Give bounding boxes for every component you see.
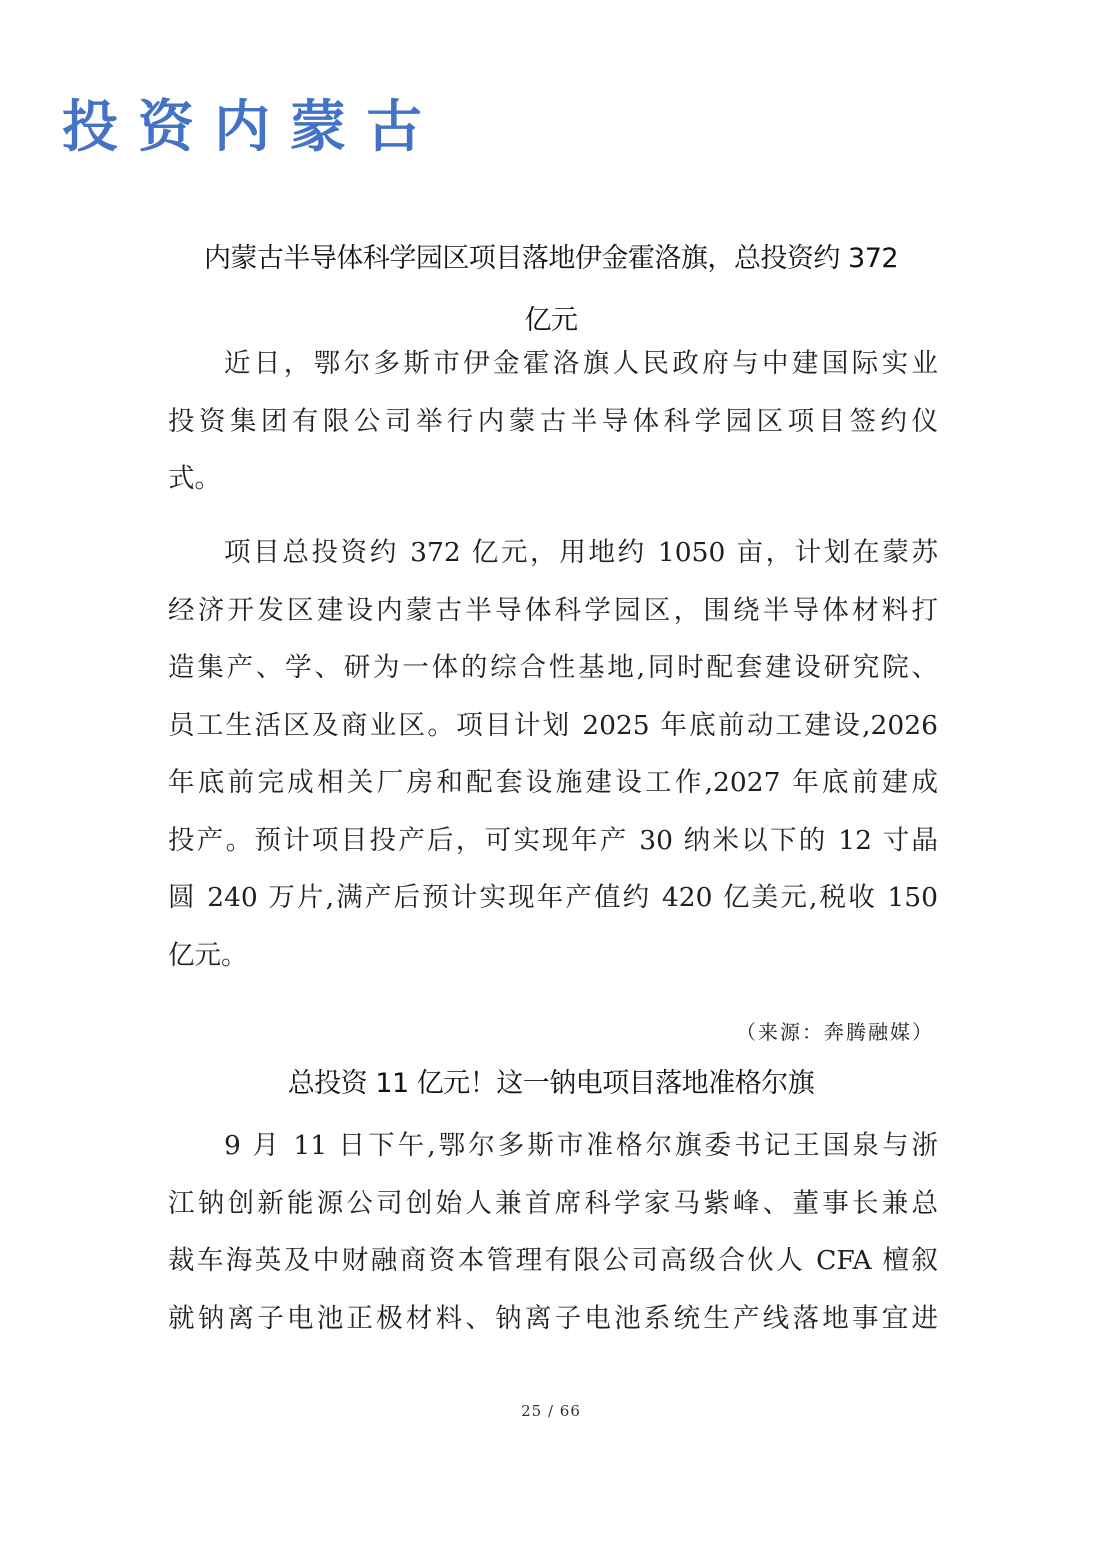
article-2-title-line: 总投资 11 亿元！这一钠电项目落地准格尔旗 <box>168 1060 934 1108</box>
paragraph-line: 经济开发区建设内蒙古半导体科学园区，围绕半导体材料打 <box>168 582 938 640</box>
paragraph-line: 就钠离子电池正极材料、钠离子电池系统生产线落地事宜进 <box>168 1290 938 1348</box>
page-number: 25 / 66 <box>0 1402 1102 1420</box>
article-1-paragraph-2: 项目总投资约 372 亿元，用地约 1050 亩，计划在蒙苏 经济开发区建设内蒙… <box>168 524 938 984</box>
article-1-paragraph-1: 近日，鄂尔多斯市伊金霍洛旗人民政府与中建国际实业 投资集团有限公司举行内蒙古半导… <box>168 335 938 508</box>
paragraph-line: 年底前完成相关厂房和配套设施建设工作,2027 年底前建成 <box>168 754 938 812</box>
article-1-source: （来源：奔腾融媒） <box>736 1014 934 1050</box>
paragraph-line: 项目总投资约 372 亿元，用地约 1050 亩，计划在蒙苏 <box>168 524 938 582</box>
article-1-title: 内蒙古半导体科学园区项目落地伊金霍洛旗，总投资约 372 亿元 <box>168 228 934 352</box>
paragraph-line: 投资集团有限公司举行内蒙古半导体科学园区项目签约仪 <box>168 393 938 451</box>
paragraph-line: 江钠创新能源公司创始人兼首席科学家马紫峰、董事长兼总 <box>168 1175 938 1233</box>
article-1-title-line: 内蒙古半导体科学园区项目落地伊金霍洛旗，总投资约 372 <box>168 228 934 290</box>
article-2-title: 总投资 11 亿元！这一钠电项目落地准格尔旗 <box>168 1060 934 1108</box>
paragraph-line: 裁车海英及中财融商资本管理有限公司高级合伙人 CFA 檀叙 <box>168 1232 938 1290</box>
paragraph-line: 亿元。 <box>168 927 938 985</box>
paragraph-line: 9 月 11 日下午,鄂尔多斯市准格尔旗委书记王国泉与浙 <box>168 1117 938 1175</box>
paragraph-line: 投产。预计项目投产后，可实现年产 30 纳米以下的 12 寸晶 <box>168 812 938 870</box>
paragraph-line: 圆 240 万片,满产后预计实现年产值约 420 亿美元,税收 150 <box>168 869 938 927</box>
paragraph-line: 员工生活区及商业区。项目计划 2025 年底前动工建设,2026 <box>168 697 938 755</box>
paragraph-line: 近日，鄂尔多斯市伊金霍洛旗人民政府与中建国际实业 <box>168 335 938 393</box>
paragraph-line: 造集产、学、研为一体的综合性基地,同时配套建设研究院、 <box>168 639 938 697</box>
paragraph-line: 式。 <box>168 450 938 508</box>
section-header-title: 投资内蒙古 <box>62 92 442 162</box>
article-2-paragraph-1: 9 月 11 日下午,鄂尔多斯市准格尔旗委书记王国泉与浙 江钠创新能源公司创始人… <box>168 1117 938 1347</box>
